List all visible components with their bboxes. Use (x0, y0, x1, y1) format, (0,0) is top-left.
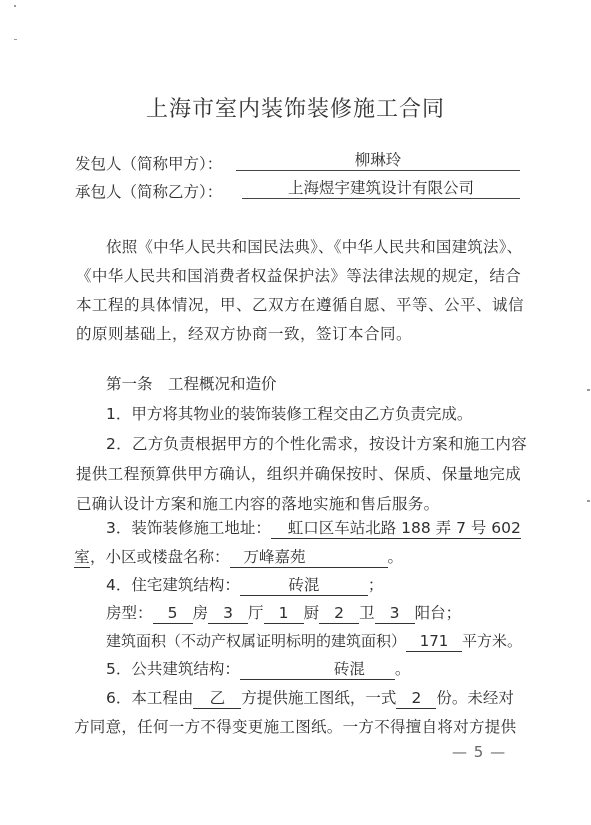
complex-label: ，小区或楼盘名称： (90, 548, 230, 566)
address-field-cont: 室 (74, 548, 90, 568)
document-title: 上海市室内装饰装修施工合同 (0, 92, 591, 123)
period: 。 (395, 660, 411, 678)
party-a-label: 发包人（简称甲方）： (75, 152, 222, 174)
semicolon: ； (368, 576, 384, 594)
rooms-field: 5 (153, 604, 193, 624)
article-1-item-4: 4．住宅建筑结构：砖混； (106, 575, 383, 596)
kitchens-unit: 厨 (304, 604, 320, 622)
layout-line: 房型：5房3厅1厨2卫3阳台； (106, 603, 461, 624)
area-unit: 平方米。 (462, 632, 522, 650)
rooms-unit: 房 (193, 604, 209, 622)
article-1-item-5: 5．公共建筑结构：砖混。 (106, 659, 410, 680)
complex-name-field: 万峰嘉苑 (230, 548, 388, 568)
article-1-item-2-cont: 提供工程预算供甲方确认，组织并确保按时、保质、保量地完成 (76, 464, 521, 484)
copies-field: 2 (396, 689, 436, 709)
structure-label: 4．住宅建筑结构： (106, 576, 240, 594)
article-1-item-2-cont: 已确认设计方案和施工内容的落地实施和售后服务。 (76, 494, 439, 514)
area-field: 171 (406, 632, 462, 652)
article-1-item-1: 1．甲方将其物业的装饰装修工程交由乙方负责完成。 (106, 404, 472, 424)
baths-unit: 卫 (359, 604, 375, 622)
party-a-name: 柳琳玲 (236, 150, 520, 171)
article-1-item-3: 3．装饰装修施工地址：虹口区车站北路 188 弄 7 号 602 (106, 518, 521, 539)
balconies-field: 3 (375, 604, 415, 624)
preamble-line: 依照《中华人民共和国民法典》、《中华人民共和国建筑法》、 (106, 237, 522, 257)
halls-unit: 厅 (248, 604, 264, 622)
address-field: 虹口区车站北路 188 弄 7 号 602 (271, 519, 521, 539)
scan-speck (14, 5, 16, 7)
layout-label: 房型： (106, 604, 153, 622)
article-1-item-6-cont: 方同意，任何一方不得变更施工图纸。一方不得擅自将对方提供 (74, 717, 516, 737)
baths-field: 2 (319, 604, 359, 624)
item-6-text: 方提供施工图纸，一式 (241, 689, 396, 707)
article-1-item-2: 2．乙方负责根据甲方的个性化需求，按设计方案和施工内容 (106, 434, 527, 454)
page-number: — 5 — (452, 743, 506, 761)
period: 。 (388, 548, 404, 566)
preamble-line: 《中华人民共和国消费者权益保护法》等法律法规的规定，结合 (76, 266, 521, 286)
public-structure-label: 5．公共建筑结构： (106, 660, 240, 678)
balconies-unit: 阳台； (415, 604, 462, 622)
item-6-text: 份。未经对 (436, 689, 514, 707)
preamble-line: 本工程的具体情况，甲、乙双方在遵循自愿、平等、公平、诚信 (76, 295, 524, 315)
area-line: 建筑面积（不动产权属证明标明的建筑面积）171平方米。 (106, 631, 522, 652)
structure-field: 砖混 (240, 576, 368, 596)
area-label: 建筑面积（不动产权属证明标明的建筑面积） (106, 632, 406, 650)
preamble-line: 的原则基础上，经双方协商一致，签订本合同。 (76, 324, 412, 344)
article-1-item-3-cont: 室，小区或楼盘名称：万峰嘉苑。 (74, 547, 403, 568)
contract-page: 上海市室内装饰装修施工合同 发包人（简称甲方）： 柳琳玲 承包人（简称乙方）： … (0, 0, 591, 825)
kitchens-field: 1 (264, 604, 304, 624)
party-b-label: 承包人（简称乙方）： (75, 180, 222, 202)
article-1-heading: 第一条 工程概况和造价 (106, 374, 277, 394)
address-label: 3．装饰装修施工地址： (106, 519, 271, 537)
scan-speck (587, 389, 590, 391)
scan-speck (14, 39, 17, 40)
scan-speck (587, 500, 590, 502)
drawing-provider-field: 乙 (193, 689, 241, 709)
party-b-name: 上海煜宇建筑设计有限公司 (242, 178, 520, 199)
article-1-item-6: 6．本工程由乙方提供施工图纸，一式2份。未经对 (106, 688, 514, 709)
item-6-text: 6．本工程由 (106, 689, 193, 707)
halls-field: 3 (208, 604, 248, 624)
public-structure-field: 砖混 (240, 660, 395, 680)
